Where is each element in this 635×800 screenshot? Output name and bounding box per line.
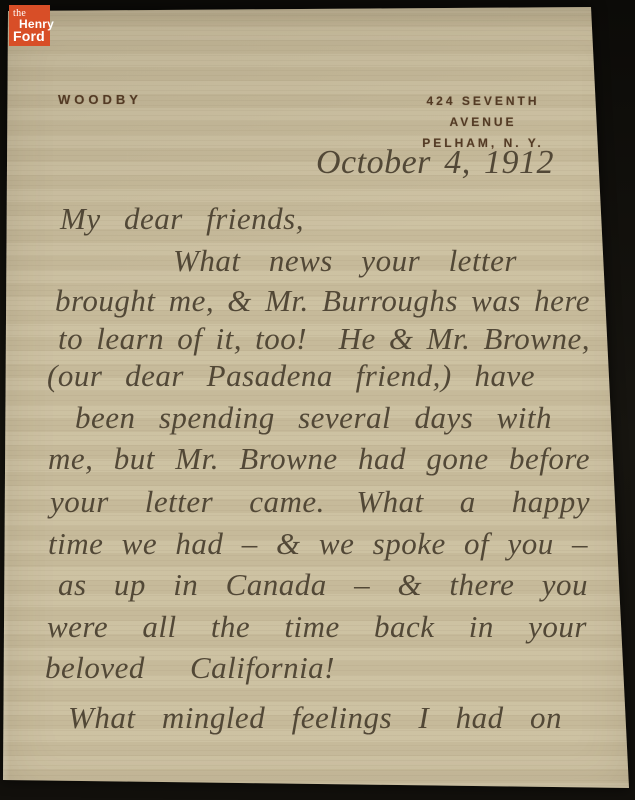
letterhead-address-line1: 424 SEVENTH AVENUE — [393, 91, 573, 133]
handwritten-line: (our dear Pasadena friend,) have — [47, 358, 535, 394]
handwritten-line: time we had – & we spoke of you – — [48, 526, 588, 562]
handwritten-line: your letter came. What a happy — [50, 484, 590, 520]
henry-ford-logo: the Henry Ford — [9, 5, 50, 46]
handwritten-line: as up in Canada – & there you — [58, 567, 588, 603]
handwritten-line: beloved California! — [45, 650, 335, 686]
handwritten-line: were all the time back in your — [47, 609, 587, 645]
henry-ford-logo-text-ford: Ford — [13, 28, 45, 44]
letter-salutation: My dear friends, — [60, 201, 304, 237]
photo-background: WOODBY 424 SEVENTH AVENUE PELHAM, N. Y. … — [0, 0, 635, 800]
handwritten-line: to learn of it, too! He & Mr. Browne, — [58, 321, 590, 357]
handwritten-line: been spending several days with — [75, 400, 552, 436]
handwritten-line: brought me, & Mr. Burroughs was here — [55, 283, 590, 319]
letterhead-name: WOODBY — [58, 92, 142, 107]
handwritten-line: What news your letter — [173, 243, 517, 279]
letter-date: October 4, 1912 — [316, 144, 554, 182]
handwritten-line: me, but Mr. Browne had gone before — [48, 441, 590, 477]
handwritten-line: What mingled feelings I had on — [68, 700, 562, 736]
